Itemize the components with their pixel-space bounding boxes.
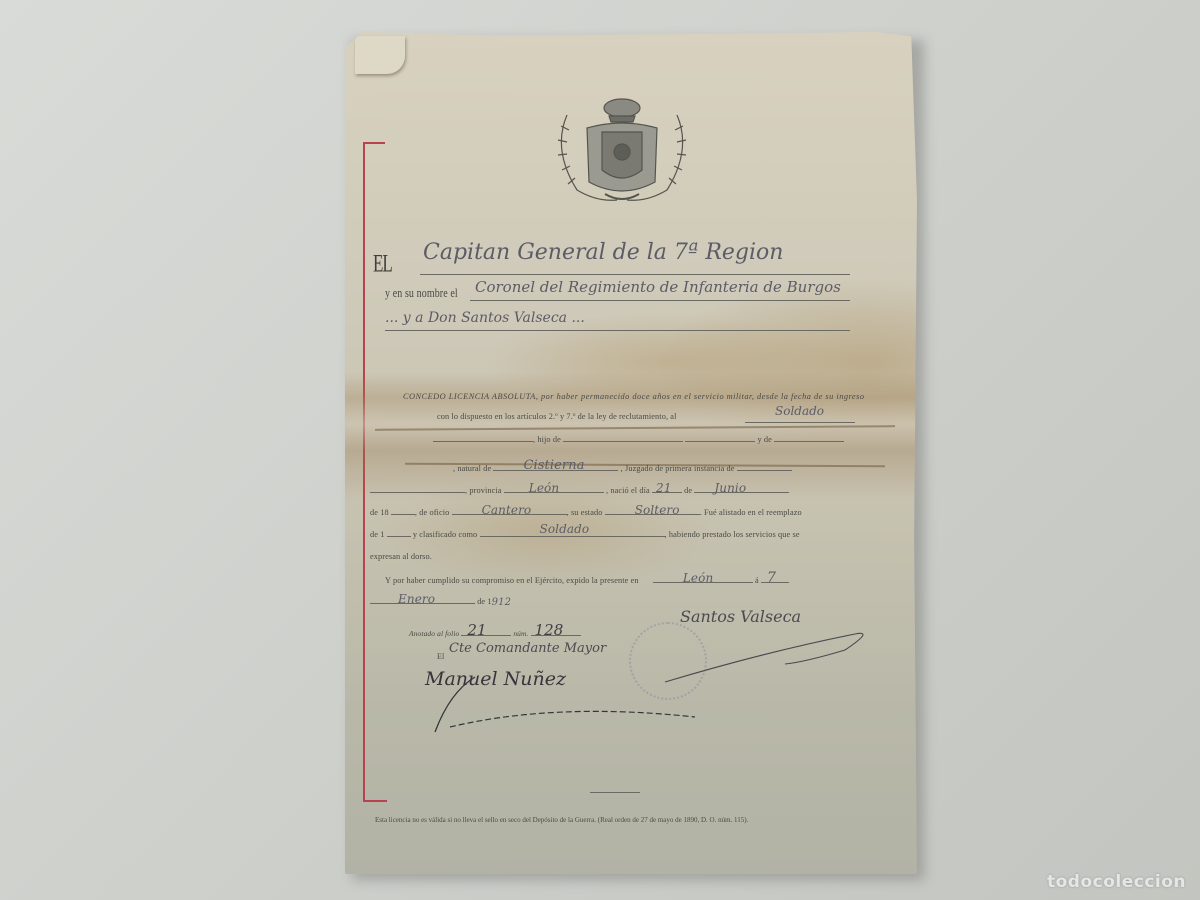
title-rule [420, 274, 850, 275]
body-line-6: de 18 , de oficio Cantero, su estado Sol… [370, 508, 802, 517]
handwritten-birthplace: Cistierna [523, 458, 584, 473]
handwritten-classification: Soldado [540, 522, 590, 536]
body-line-4: , natural de Cistierna , Juzgado de prim… [433, 464, 792, 473]
de-1-year-label: de 1 [477, 597, 491, 606]
handwritten-role: Cte Comandante Mayor [449, 641, 606, 656]
body-line-2: con lo dispuesto en los artículos 2.º y … [437, 412, 677, 421]
document-sheet: EL Capitan General de la 7ª Region y en … [345, 32, 917, 874]
handwritten-issue-year: 912 [492, 597, 511, 608]
natural-label: , natural de [453, 464, 491, 473]
handwritten-province: León [529, 481, 559, 495]
juzgado-label: , Juzgado de primera instancia de [621, 464, 735, 473]
handwritten-issue-day: 7 [767, 570, 776, 586]
body-line-5: , provincia León , nació el día 21 de Ju… [370, 486, 789, 495]
seal-rule [590, 792, 640, 793]
clasificado-label: y clasificado como [413, 530, 477, 539]
handwritten-regiment: Coronel del Regimiento de Infanteria de … [475, 278, 841, 296]
expido-label: Y por haber cumplido su compromiso en el… [385, 576, 639, 585]
concedo-label: CONCEDO LICENCIA ABSOLUTA, por haber per… [403, 392, 864, 401]
signature-flourish-right [645, 622, 885, 692]
handwritten-issue-month: Enero [398, 592, 435, 606]
handwritten-birth-day: 21 [656, 481, 671, 495]
handwritten-folio: 21 [467, 621, 486, 639]
estado-label: , su estado [567, 508, 603, 517]
provincia-label: , provincia [465, 486, 502, 495]
registry-line: Anotado al folio 21 núm. 128 [409, 629, 581, 638]
body-line-8: expresan al dorso. [370, 552, 432, 561]
folded-corner [355, 36, 405, 74]
handwritten-number: 128 [535, 621, 564, 639]
de-label: de [684, 486, 692, 495]
el-label: EL [373, 249, 392, 279]
handwritten-occupation: Cantero [482, 503, 532, 517]
recipient-rule [385, 330, 850, 331]
servicios-label: , habiendo prestado los servicios que se [665, 530, 800, 539]
body-line-1: CONCEDO LICENCIA ABSOLUTA, por haber per… [403, 392, 864, 401]
hijo-label: , hijo de [533, 435, 561, 444]
regiment-rule [470, 300, 850, 301]
nacio-label: , nació el día [606, 486, 650, 495]
alistado-label: . Fué alistado en el reemplazo [700, 508, 802, 517]
num-label: núm. [513, 629, 528, 638]
body-line-3: , hijo de y de [433, 435, 844, 444]
handwritten-marital-status: Soltero [635, 503, 680, 517]
handwritten-title: Capitan General de la 7ª Region [423, 240, 783, 265]
body-line-10: Enero de 1912 [370, 597, 492, 606]
coat-of-arms-icon [547, 90, 697, 210]
rank-rule [745, 422, 855, 423]
body-line-9: Y por haber cumplido su compromiso en el… [385, 576, 789, 585]
y-de-label: y de [757, 435, 771, 444]
de-18-label: de 18 [370, 508, 389, 517]
body-line-7: de 1 y clasificado como Soldado, habiend… [370, 530, 800, 539]
handwritten-rank: Soldado [775, 404, 824, 418]
en-su-nombre-label: y en su nombre el [385, 286, 458, 300]
footer-validity-note: Esta licencia no es válida si no lleva e… [375, 816, 748, 824]
handwritten-recipient: ... y a Don Santos Valseca ... [385, 310, 585, 326]
de-1-label: de 1 [370, 530, 384, 539]
anotado-label: Anotado al folio [409, 629, 459, 638]
handwritten-issue-place: León [683, 571, 713, 585]
a-label: á [755, 576, 759, 585]
handwritten-birth-month: Junio [714, 481, 746, 495]
oficio-label: , de oficio [415, 508, 450, 517]
watermark-logo: todocoleccion [1047, 872, 1186, 892]
